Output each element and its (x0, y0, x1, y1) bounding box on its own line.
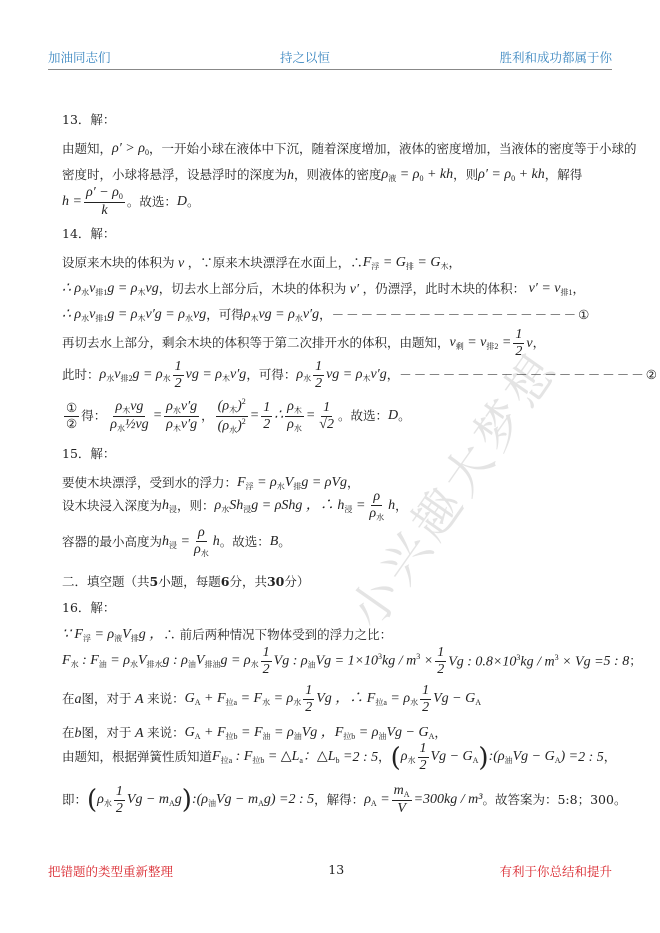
header-right: 胜利和成功都属于你 (499, 48, 612, 66)
q16-title: 16．解： (62, 602, 115, 615)
math-inequality: ρ′ > ρ0 (112, 142, 149, 157)
page-header: 加油同志们 持之以恒 胜利和成功都属于你 (48, 46, 612, 70)
q15-line3: 容器的最小高度为 h浸 = ρρ水 h 。故选： B。 (62, 526, 291, 558)
q14-line5: 此时： ρ水v排2g = ρ水 12 vg = ρ木v′g ，可得： ρ水 12… (62, 360, 657, 391)
q16-line4: 在b图，对于 A 来说： GA + F拉b = F油 = ρ油Vg ，F拉b =… (62, 726, 447, 741)
math-eq1: ρ液 = ρ0 + kh (382, 168, 454, 183)
q15-line2: 设木块浸入深度为 h浸 ，则： ρ水Sh浸g = ρShg ，∴ h浸 = ρρ… (62, 490, 408, 522)
q14-line4: 再切去水上部分，剩余木块的体积等于第二次排开水的体积，由题知， v剩 = v排2… (62, 328, 545, 359)
q16-line5: 由题知，根据弹簧性质知道 F拉a : F拉b = △La：△Lb = 2 : 5… (62, 742, 616, 773)
q16-line6: 即： (ρ水 12 Vg − mAg):(ρ油Vg − mAg) = 2 : 5… (62, 784, 626, 816)
q16-line1: ∵ F浮 = ρ液V排g ， ∴ 前后两种情况下物体受到的浮力之比： (62, 628, 392, 643)
footer-left: 把错题的类型重新整理 (48, 862, 173, 880)
final-answer: 5:8；300 (557, 794, 613, 807)
q14-line6: ①② 得： ρ木vgρ水½vg = ρ水v′gρ木v′g， (ρ木)2(ρ水)2… (62, 398, 411, 434)
q14-title: 14．解： (62, 228, 115, 241)
math-eq2: ρ′ = ρ0 + kh (478, 168, 545, 183)
footer-right: 有利于你总结和提升 (499, 862, 612, 880)
header-left: 加油同志们 (48, 48, 111, 66)
q13-line2: 密度时，小球将悬浮，设悬浮时的深度为 h ，则液体的密度 ρ液 = ρ0 + k… (62, 168, 582, 183)
q15-line1: 要使木块漂浮，受到水的浮力： F浮 = ρ水V排g = ρVg， (62, 476, 360, 491)
q14-line2: ∴ ρ水v排1g = ρ木vg， 切去水上部分后，木块的体积为 v′ ，仍漂浮，… (62, 282, 585, 297)
q13-title: 13．解： (62, 114, 115, 127)
page-number: 13 (328, 862, 344, 880)
q16-line3: 在a图，对于 A 来说： GA + F拉a = F水 = ρ水 12 Vg ，∴… (62, 684, 481, 715)
q15-title: 15．解： (62, 448, 115, 461)
q13-line3: h = ρ′ − ρ0k 。故选： D 。 (62, 186, 200, 218)
header-center: 持之以恒 (280, 48, 330, 66)
q13-line1: 由题知， ρ′ > ρ0 ，一开始小球在液体中下沉，随着深度增加，液体的密度增加… (62, 142, 636, 157)
section2-heading: 二．填空题（共 5 小题，每题 6 分，共 30 分） (62, 576, 309, 589)
q14-line1: 设原来木块的体积为 v ，∵原来木块漂浮在水面上，∴ F浮 = G排 = G木， (62, 256, 461, 271)
q14-line3: ∴ ρ水v排1g = ρ木v′g = ρ水vg ，可得 ρ木vg = ρ水v′g… (62, 308, 589, 323)
q16-line2: F水 : F油 = ρ水V排水g : ρ油V排油g = ρ水 12 Vg : ρ… (62, 646, 642, 677)
math-fraction: ρ′ − ρ0k (84, 186, 125, 218)
page-footer: 把错题的类型重新整理 13 有利于你总结和提升 (48, 862, 612, 880)
